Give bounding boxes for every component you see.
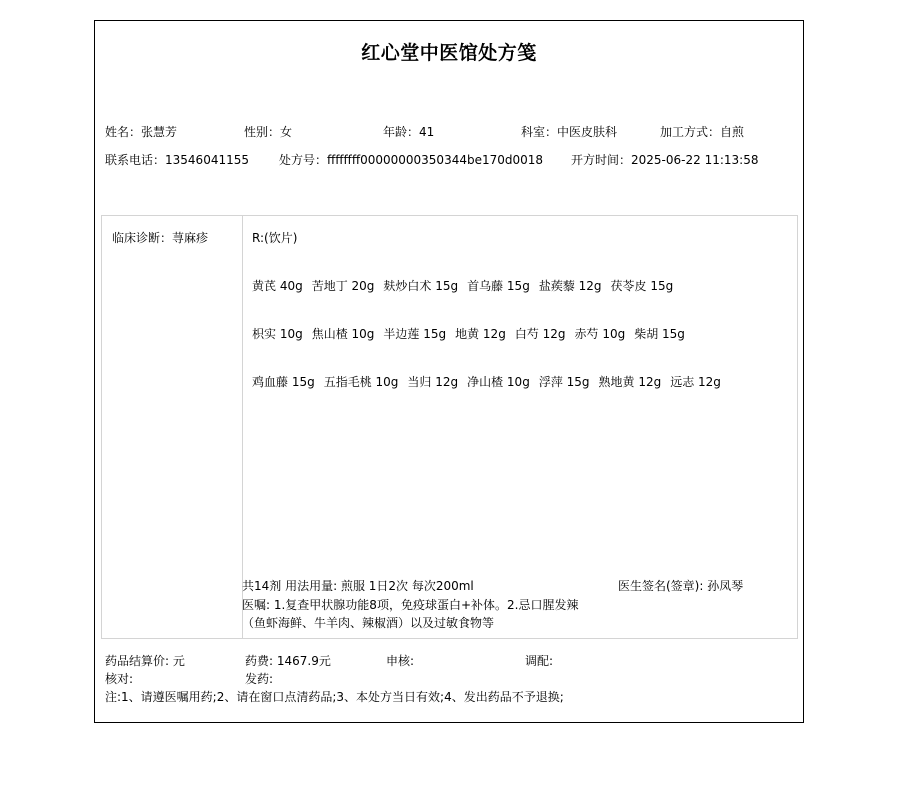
- patient-age: 年龄：41: [383, 123, 434, 140]
- herb-row-3: 鸡血藤 15g五指毛桃 10g当归 12g净山楂 10g浮萍 15g熟地黄 12…: [252, 373, 730, 390]
- phone-value: 13546041155: [165, 153, 249, 167]
- herb-item: 赤芍 10g: [575, 327, 626, 341]
- drug-fee: 药费: 1467.9元: [245, 652, 331, 669]
- herb-item: 净山楂 10g: [467, 375, 530, 389]
- herb-item: 浮萍 15g: [539, 375, 590, 389]
- rx-number-value: ffffffff00000000350344be170d0018: [327, 153, 543, 167]
- doctor-signature: 医生签名(签章): 孙凤琴: [618, 577, 743, 594]
- patient-name: 姓名：张慧芳: [105, 123, 177, 140]
- process-method: 加工方式：自煎: [660, 123, 744, 140]
- diagnosis-value: 荨麻疹: [172, 231, 208, 245]
- age-value: 41: [419, 125, 434, 139]
- page-title: 红心堂中医馆处方笺: [95, 38, 803, 65]
- rx-number-label: 处方号：: [279, 153, 327, 167]
- name-value: 张慧芳: [141, 125, 177, 139]
- usage-dosage: 共14剂 用法用量: 煎服 1日2次 每次200ml: [242, 577, 474, 594]
- herb-row-1: 黄芪 40g苦地丁 20g麸炒白术 15g首乌藤 15g盐蒺藜 12g茯苓皮 1…: [252, 277, 682, 294]
- herb-item: 首乌藤 15g: [467, 279, 530, 293]
- herb-row-2: 枳实 10g焦山楂 10g半边莲 15g地黄 12g白芍 12g赤芍 10g柴胡…: [252, 325, 694, 342]
- dept-label: 科室：: [521, 125, 557, 139]
- herb-item: 枳实 10g: [252, 327, 303, 341]
- prescription-box: 临床诊断：荨麻疹 R:(饮片) 黄芪 40g苦地丁 20g麸炒白术 15g首乌藤…: [101, 215, 798, 639]
- herb-item: 熟地黄 12g: [599, 375, 662, 389]
- issue-field: 发药:: [245, 670, 273, 687]
- rx-number: 处方号：ffffffff00000000350344be170d0018: [279, 151, 543, 168]
- prescription-form: 红心堂中医馆处方笺 姓名：张慧芳 性别：女 年龄：41 科室：中医皮肤科 加工方…: [94, 20, 804, 723]
- herb-item: 柴胡 15g: [634, 327, 685, 341]
- diagnosis-label: 临床诊断：: [112, 231, 172, 245]
- footer-note: 注:1、请遵医嘱用药;2、请在窗口点清药品;3、本处方当日有效;4、发出药品不予…: [105, 688, 564, 705]
- column-divider: [242, 216, 243, 638]
- herb-item: 远志 12g: [670, 375, 721, 389]
- herb-item: 白芍 12g: [515, 327, 566, 341]
- patient-phone: 联系电话：13546041155: [105, 151, 249, 168]
- name-label: 姓名：: [105, 125, 141, 139]
- herb-item: 麸炒白术 15g: [383, 279, 458, 293]
- dept-value: 中医皮肤科: [557, 125, 617, 139]
- herb-item: 鸡血藤 15g: [252, 375, 315, 389]
- patient-dept: 科室：中医皮肤科: [521, 123, 617, 140]
- age-label: 年龄：: [383, 125, 419, 139]
- herb-item: 苦地丁 20g: [312, 279, 375, 293]
- herb-item: 茯苓皮 15g: [611, 279, 674, 293]
- patient-gender: 性别：女: [244, 123, 292, 140]
- herb-item: 半边莲 15g: [383, 327, 446, 341]
- rx-time-label: 开方时间：: [571, 153, 631, 167]
- herb-item: 地黄 12g: [455, 327, 506, 341]
- herb-item: 黄芪 40g: [252, 279, 303, 293]
- herb-item: 当归 12g: [407, 375, 458, 389]
- rx-time: 开方时间：2025-06-22 11:13:58: [571, 151, 758, 168]
- review-field: 申核:: [386, 652, 414, 669]
- rx-time-value: 2025-06-22 11:13:58: [631, 153, 758, 167]
- gender-value: 女: [280, 125, 292, 139]
- herb-item: 五指毛桃 10g: [324, 375, 399, 389]
- check-field: 核对:: [105, 670, 133, 687]
- doctor-advice-line-1: 医嘱: 1.复查甲状腺功能8项，免疫球蛋白+补体。2.忌口腥发辣: [242, 596, 578, 613]
- herb-item: 盐蒺藜 12g: [539, 279, 602, 293]
- doctor-advice-line-2: （鱼虾海鲜、牛羊肉、辣椒酒）以及过敏食物等: [242, 614, 494, 631]
- process-value: 自煎: [720, 125, 744, 139]
- herb-item: 焦山楂 10g: [312, 327, 375, 341]
- gender-label: 性别：: [244, 125, 280, 139]
- rx-type: R:(饮片): [252, 229, 297, 246]
- settle-price: 药品结算价: 元: [105, 652, 185, 669]
- dispense-field: 调配:: [525, 652, 553, 669]
- doctor-name: 孙凤琴: [707, 579, 743, 593]
- doctor-label: 医生签名(签章):: [618, 579, 707, 593]
- process-label: 加工方式：: [660, 125, 720, 139]
- clinical-diagnosis: 临床诊断：荨麻疹: [112, 229, 208, 246]
- phone-label: 联系电话：: [105, 153, 165, 167]
